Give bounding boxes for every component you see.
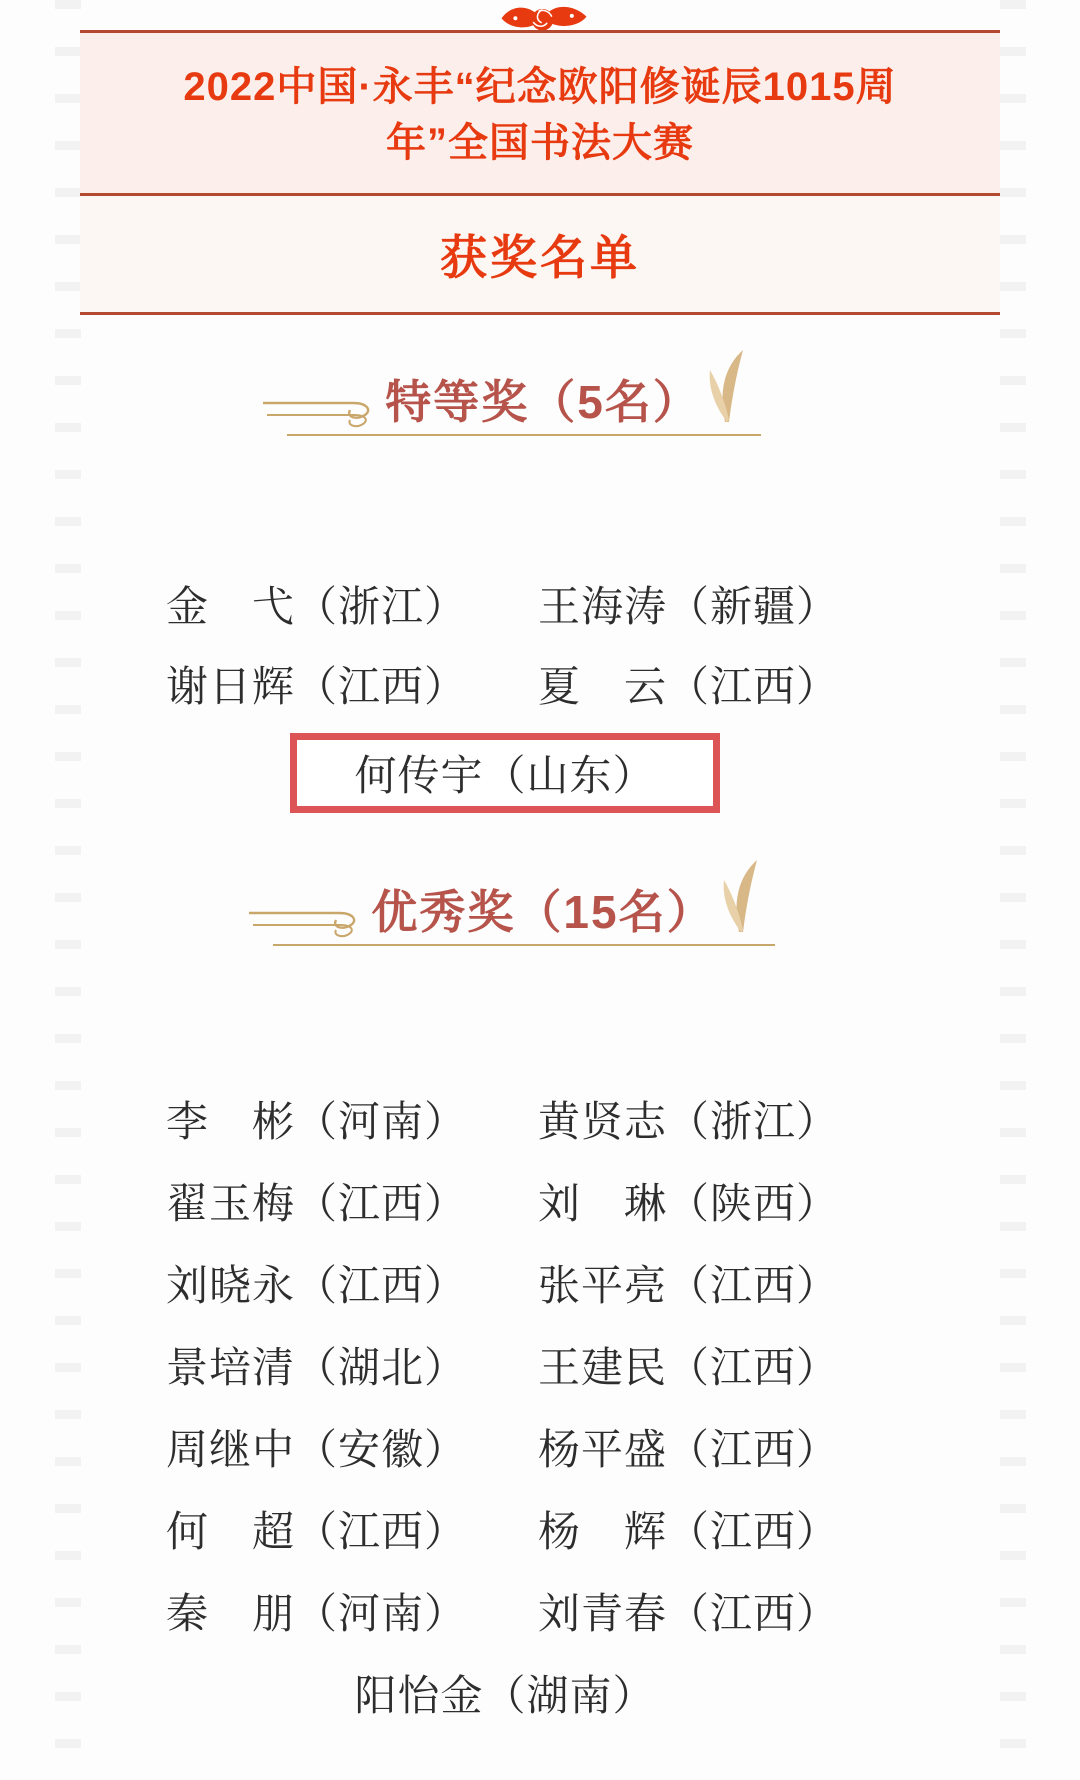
gold-ribbon-icon	[261, 389, 379, 431]
winner-name: 何 超（江西）	[166, 1502, 472, 1562]
excellence-award-heading: 优秀奖（15名）	[0, 876, 1010, 946]
winner-row: 刘晓永（江西） 张平亮（江西）	[0, 1256, 1010, 1316]
winner-row: 何 超（江西） 杨 辉（江西）	[0, 1502, 1010, 1562]
winner-name: 阳怡金（湖南）	[352, 1666, 658, 1726]
winner-name: 杨平盛（江西）	[538, 1420, 844, 1480]
winner-row: 谢日辉（江西） 夏 云（江西）	[0, 657, 1010, 717]
special-prize-heading-text: 特等奖（5名）	[385, 366, 701, 432]
winner-name: 金 弋（浙江）	[166, 577, 472, 637]
winner-name: 黄贤志（浙江）	[538, 1092, 844, 1152]
winner-row: 秦 朋（河南） 刘青春（江西）	[0, 1584, 1010, 1644]
winner-name: 秦 朋（河南）	[166, 1584, 472, 1644]
winner-name: 刘 琳（陕西）	[538, 1174, 844, 1234]
winner-name: 张平亮（江西）	[538, 1256, 844, 1316]
award-content: 特等奖（5名） 金 弋（浙江） 王海涛（新疆） 谢日辉（江西） 夏 云（江西） …	[0, 0, 1010, 1780]
award-announcement-page: 2022中国·永丰“纪念欧阳修诞辰1015周 年”全国书法大赛 获奖名单 特等奖…	[0, 0, 1080, 1780]
special-prize-heading: 特等奖（5名）	[0, 366, 1010, 436]
gold-sprig-icon	[703, 348, 749, 424]
highlighted-winner-name: 何传宇（山东）	[354, 743, 655, 803]
winner-row: 阳怡金（湖南）	[0, 1666, 1010, 1726]
winner-row: 景培清（湖北） 王建民（江西）	[0, 1338, 1010, 1398]
winner-name: 谢日辉（江西）	[166, 657, 472, 717]
winner-name: 李 彬（河南）	[166, 1092, 472, 1152]
winner-name: 杨 辉（江西）	[538, 1502, 844, 1562]
winner-name: 王建民（江西）	[538, 1338, 844, 1398]
highlighted-winner-box: 何传宇（山东）	[290, 733, 720, 813]
gold-underline	[287, 434, 761, 436]
winner-name: 周继中（安徽）	[166, 1420, 472, 1480]
winner-name: 夏 云（江西）	[538, 657, 844, 717]
winner-name: 刘青春（江西）	[538, 1584, 844, 1644]
gold-sprig-icon	[717, 858, 763, 934]
excellence-award-winners: 李 彬（河南） 黄贤志（浙江） 翟玉梅（江西） 刘 琳（陕西） 刘晓永（江西） …	[0, 1092, 1010, 1748]
special-prize-winners: 金 弋（浙江） 王海涛（新疆） 谢日辉（江西） 夏 云（江西）	[0, 577, 1010, 737]
winner-name: 景培清（湖北）	[166, 1338, 472, 1398]
winner-name: 翟玉梅（江西）	[166, 1174, 472, 1234]
winner-row: 周继中（安徽） 杨平盛（江西）	[0, 1420, 1010, 1480]
winner-name: 刘晓永（江西）	[166, 1256, 472, 1316]
winner-row: 李 彬（河南） 黄贤志（浙江）	[0, 1092, 1010, 1152]
winner-name: 王海涛（新疆）	[538, 577, 844, 637]
excellence-award-heading-text: 优秀奖（15名）	[371, 876, 714, 942]
gold-ribbon-icon	[247, 899, 365, 941]
gold-underline	[273, 944, 774, 946]
winner-row: 翟玉梅（江西） 刘 琳（陕西）	[0, 1174, 1010, 1234]
winner-row: 金 弋（浙江） 王海涛（新疆）	[0, 577, 1010, 637]
